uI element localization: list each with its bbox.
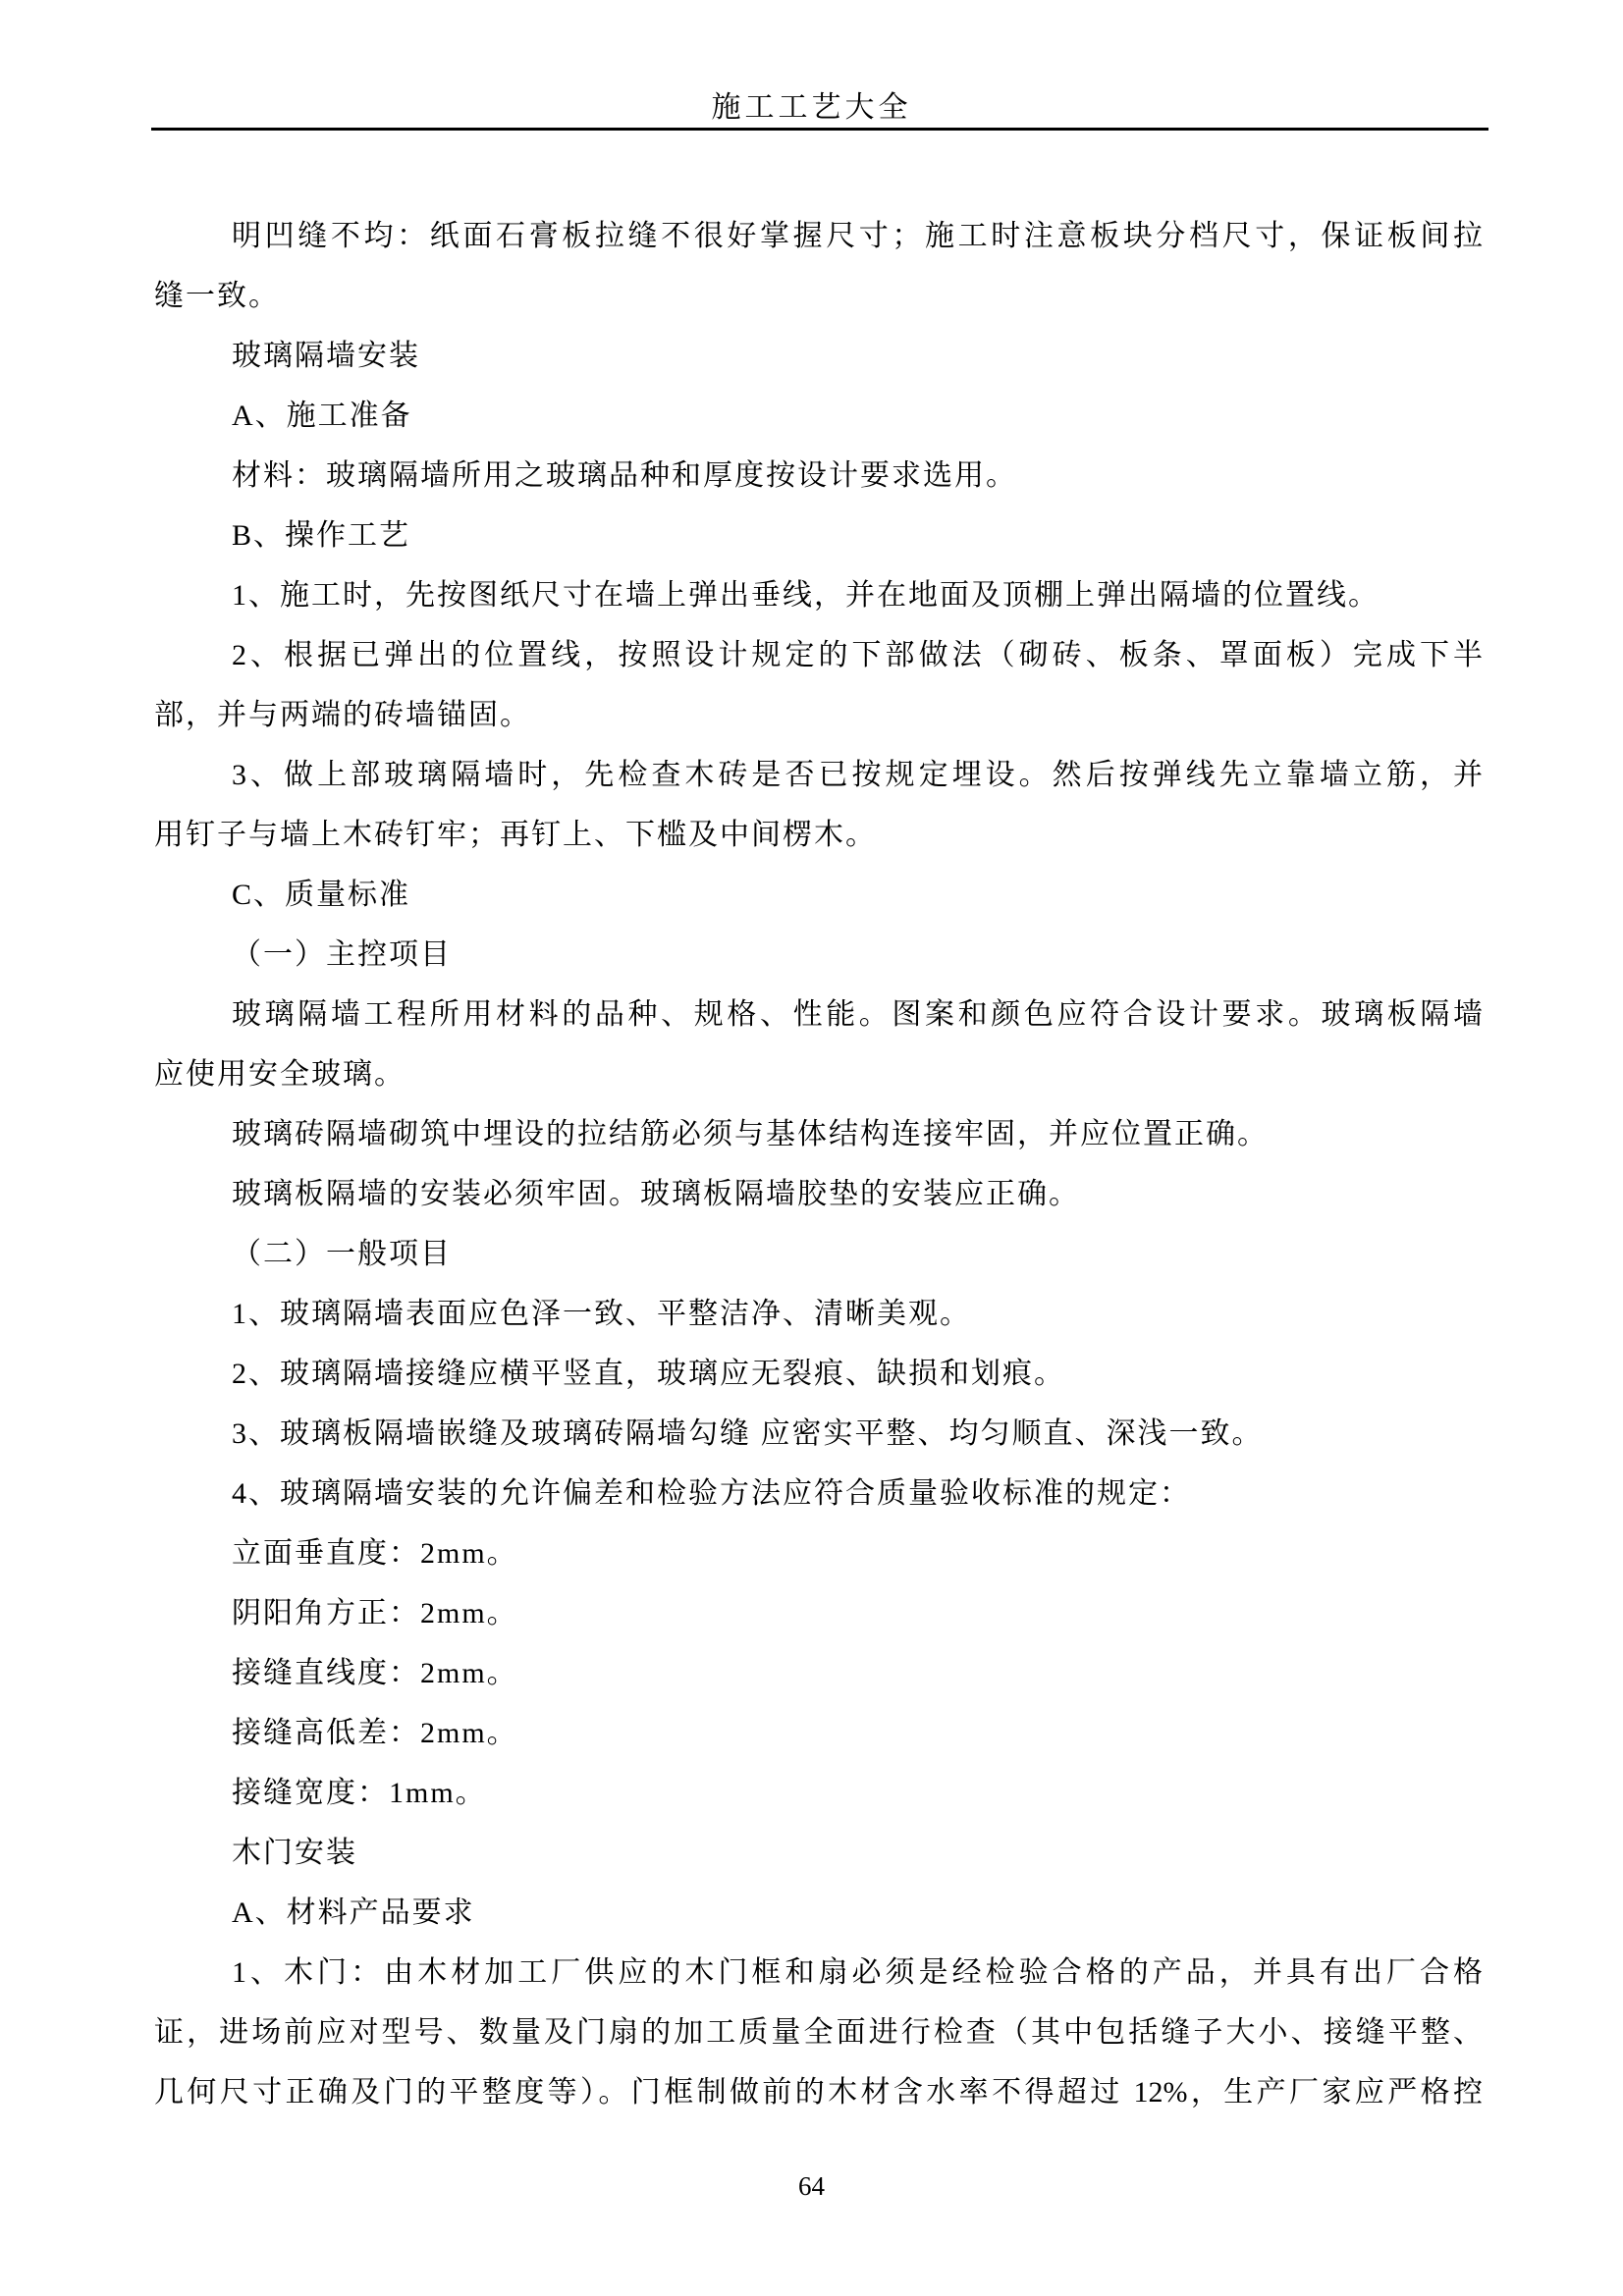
text-line: 几何尺寸正确及门的平整度等）。门框制做前的木材含水率不得超过 12%，生产厂家应…	[154, 2062, 1483, 2122]
document-body: 明凹缝不均：纸面石膏板拉缝不很好掌握尺寸；施工时注意板块分档尺寸，保证板间拉缝一…	[154, 206, 1483, 2122]
text-line: 木门安装	[154, 1823, 1483, 1883]
text-line: 玻璃板隔墙的安装必须牢固。玻璃板隔墙胶垫的安装应正确。	[154, 1164, 1483, 1224]
text-line: 玻璃隔墙工程所用材料的品种、规格、性能。图案和颜色应符合设计要求。玻璃板隔墙	[154, 985, 1483, 1044]
header-rule	[151, 128, 1488, 131]
page-footer: 64	[0, 2171, 1623, 2202]
text-line: 1、施工时，先按图纸尺寸在墙上弹出垂线，并在地面及顶棚上弹出隔墙的位置线。	[154, 565, 1483, 625]
text-line: 部，并与两端的砖墙锚固。	[154, 685, 1483, 745]
text-line: （一）主控项目	[154, 925, 1483, 985]
text-line: 接缝高低差：2mm。	[154, 1703, 1483, 1763]
text-line: 证，进场前应对型号、数量及门扇的加工质量全面进行检查（其中包括缝子大小、接缝平整…	[154, 2002, 1483, 2062]
text-line: C、质量标准	[154, 865, 1483, 925]
document-page: 施工工艺大全 明凹缝不均：纸面石膏板拉缝不很好掌握尺寸；施工时注意板块分档尺寸，…	[0, 0, 1623, 2296]
text-line: 4、玻璃隔墙安装的允许偏差和检验方法应符合质量验收标准的规定：	[154, 1464, 1483, 1523]
text-line: 玻璃砖隔墙砌筑中埋设的拉结筋必须与基体结构连接牢固，并应位置正确。	[154, 1104, 1483, 1164]
page-number: 64	[798, 2171, 825, 2201]
text-line: 材料：玻璃隔墙所用之玻璃品种和厚度按设计要求选用。	[154, 446, 1483, 506]
page-title: 施工工艺大全	[0, 82, 1623, 126]
text-line: B、操作工艺	[154, 506, 1483, 565]
text-line: 接缝直线度：2mm。	[154, 1643, 1483, 1703]
text-line: 应使用安全玻璃。	[154, 1044, 1483, 1104]
text-line: 明凹缝不均：纸面石膏板拉缝不很好掌握尺寸；施工时注意板块分档尺寸，保证板间拉	[154, 206, 1483, 266]
text-line: 阴阳角方正：2mm。	[154, 1583, 1483, 1643]
text-line: 1、木门：由木材加工厂供应的木门框和扇必须是经检验合格的产品，并具有出厂合格	[154, 1943, 1483, 2002]
text-line: 2、玻璃隔墙接缝应横平竖直，玻璃应无裂痕、缺损和划痕。	[154, 1344, 1483, 1404]
text-line: 2、根据已弹出的位置线，按照设计规定的下部做法（砌砖、板条、罩面板）完成下半	[154, 625, 1483, 685]
text-line: 玻璃隔墙安装	[154, 326, 1483, 386]
text-line: 1、玻璃隔墙表面应色泽一致、平整洁净、清晰美观。	[154, 1284, 1483, 1344]
text-line: 立面垂直度：2mm。	[154, 1523, 1483, 1583]
text-line: 用钉子与墙上木砖钉牢；再钉上、下槛及中间楞木。	[154, 805, 1483, 865]
text-line: 接缝宽度：1mm。	[154, 1763, 1483, 1823]
text-line: A、材料产品要求	[154, 1883, 1483, 1943]
text-line: （二）一般项目	[154, 1224, 1483, 1284]
text-line: 3、做上部玻璃隔墙时，先检查木砖是否已按规定埋设。然后按弹线先立靠墙立筋，并	[154, 745, 1483, 805]
text-line: 3、玻璃板隔墙嵌缝及玻璃砖隔墙勾缝 应密实平整、均匀顺直、深浅一致。	[154, 1404, 1483, 1464]
text-line: A、施工准备	[154, 386, 1483, 446]
text-line: 缝一致。	[154, 266, 1483, 326]
